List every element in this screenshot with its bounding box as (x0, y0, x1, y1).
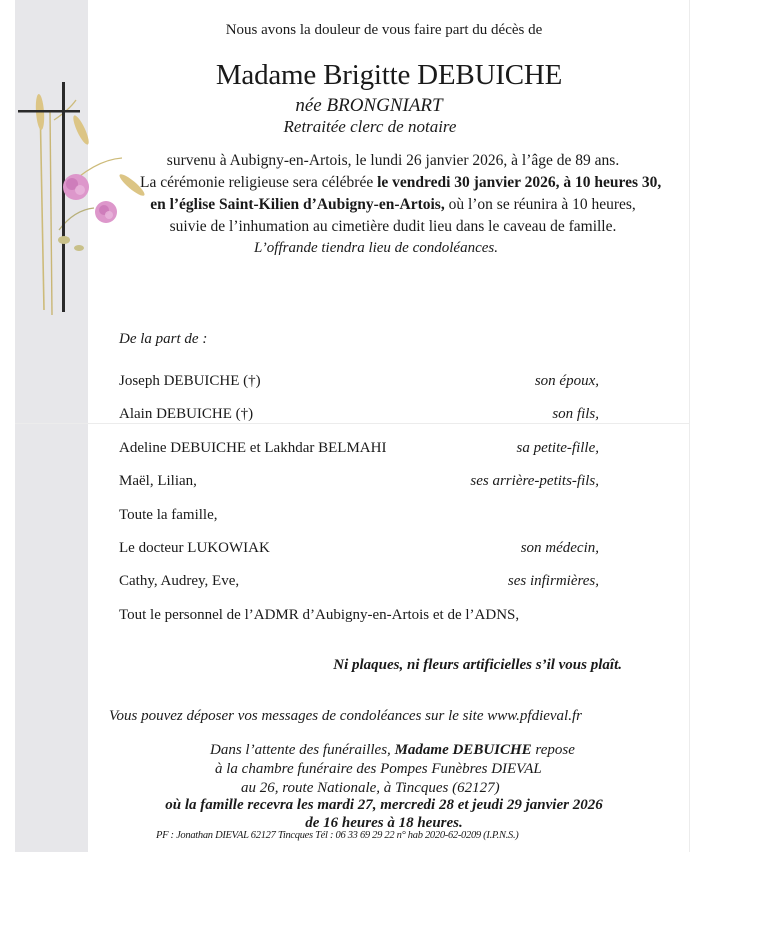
occupation: Retraitée clerc de notaire (0, 117, 740, 137)
no-plaques-note: Ni plaques, ni fleurs artificielles s’il… (333, 657, 622, 674)
funeral-home-footer: PF : Jonathan DIEVAL 62127 Tincques Tél … (156, 830, 519, 841)
family-member-name: Le docteur LUKOWIAK (119, 540, 270, 557)
family-relation: son époux, (535, 373, 599, 390)
from-label: De la part de : (119, 331, 207, 348)
family-entry: Toute la famille, (119, 507, 599, 524)
church-line: en l’église Saint-Kilien d’Aubigny-en-Ar… (140, 194, 646, 216)
offrande-note: L’offrande tiendra lieu de condoléances. (0, 240, 752, 257)
repose-line-1: Dans l’attente des funérailles, Madame D… (210, 741, 575, 760)
family-entry: Tout le personnel de l’ADMR d’Aubigny-en… (119, 607, 599, 624)
repose-block: Dans l’attente des funérailles, Madame D… (210, 741, 575, 798)
ceremony-details: survenu à Aubigny-en-Artois, le lundi 26… (140, 150, 646, 238)
family-entry: Maël, Lilian,ses arrière-petits-fils, (119, 473, 599, 490)
family-member-name: Toute la famille, (119, 507, 218, 524)
family-member-name: Tout le personnel de l’ADMR d’Aubigny-en… (119, 607, 519, 624)
family-relation: son fils, (552, 406, 599, 423)
intro-line: Nous avons la douleur de vous faire part… (0, 22, 768, 39)
family-entry: Alain DEBUICHE (†)son fils, (119, 406, 599, 423)
family-entry: Cathy, Audrey, Eve,ses infirmières, (119, 573, 599, 590)
visiting-hours: où la famille recevra les mardi 27, merc… (0, 796, 768, 832)
family-member-name: Cathy, Audrey, Eve, (119, 573, 239, 590)
family-entry: Le docteur LUKOWIAKson médecin, (119, 540, 599, 557)
deceased-name: Madame Brigitte DEBUICHE (0, 59, 768, 92)
church-name: en l’église Saint-Kilien d’Aubigny-en-Ar… (150, 196, 445, 213)
family-relation: ses arrière-petits-fils, (470, 473, 599, 490)
family-entry: Adeline DEBUICHE et Lakhdar BELMAHIsa pe… (119, 440, 599, 457)
family-member-name: Alain DEBUICHE (†) (119, 406, 253, 423)
burial-line: suivie de l’inhumation au cimetière dudi… (140, 216, 646, 238)
family-relation: son médecin, (521, 540, 599, 557)
death-line: survenu à Aubigny-en-Artois, le lundi 26… (140, 150, 646, 172)
family-member-name: Maël, Lilian, (119, 473, 197, 490)
ceremony-date: le vendredi 30 janvier 2026, à 10 heures… (377, 174, 661, 191)
family-member-name: Adeline DEBUICHE et Lakhdar BELMAHI (119, 440, 386, 457)
repose-line-2: à la chambre funéraire des Pompes Funèbr… (210, 760, 575, 779)
family-relation: sa petite-fille, (517, 440, 599, 457)
family-member-name: Joseph DEBUICHE (†) (119, 373, 261, 390)
family-entry: Joseph DEBUICHE (†)son époux, (119, 373, 599, 390)
condolences-site-note: Vous pouvez déposer vos messages de cond… (109, 708, 582, 725)
family-relation: ses infirmières, (508, 573, 599, 590)
repose-name: Madame DEBUICHE (395, 742, 532, 758)
ceremony-line: La cérémonie religieuse sera célébrée le… (140, 172, 646, 194)
maiden-name: née BRONGNIART (0, 95, 738, 117)
visiting-days: où la famille recevra les mardi 27, merc… (0, 796, 768, 814)
